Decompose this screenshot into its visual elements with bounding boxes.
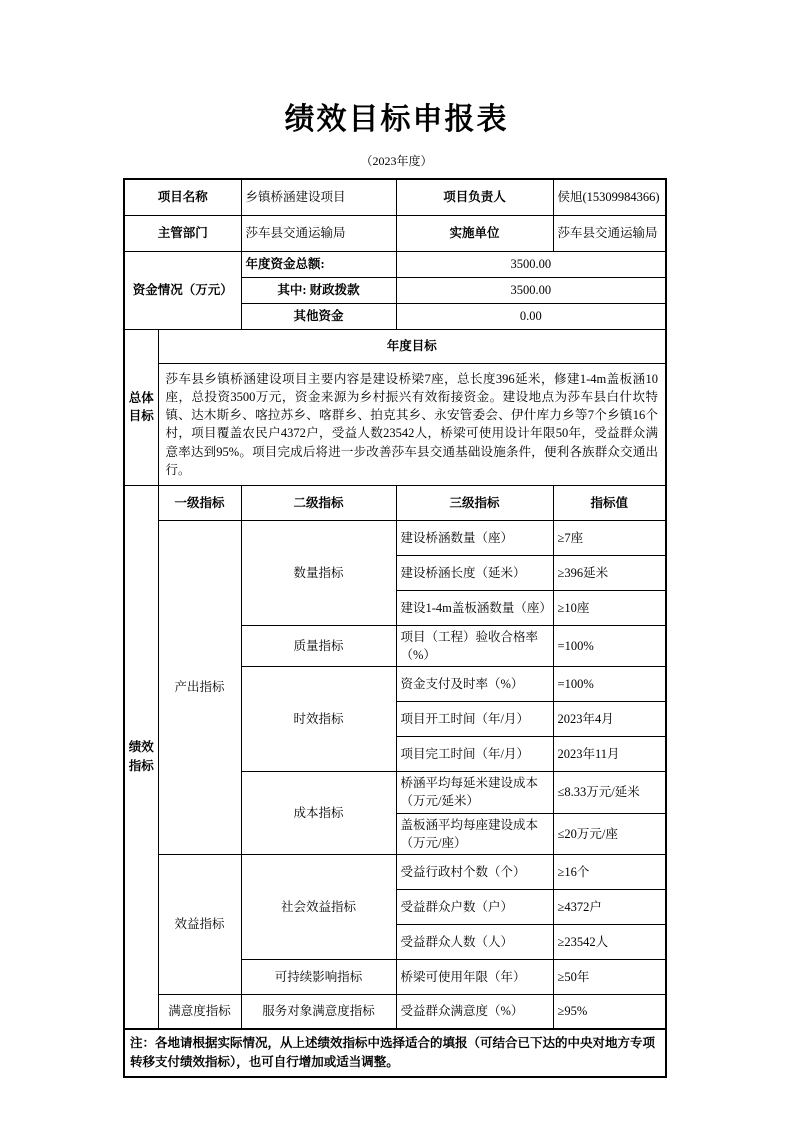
indicator-value-cell: ≥23542人 <box>553 924 666 959</box>
table-row: 资金情况（万元） 年度资金总额: 3500.00 <box>124 251 666 277</box>
indicator-value-cell: ≥4372户 <box>553 889 666 924</box>
declaration-form-table: 项目名称 乡镇桥涵建设项目 项目负责人 侯旭(15309984366) 主管部门… <box>123 178 667 1078</box>
indicator-name-cell: 受益群众满意度（%） <box>396 994 553 1029</box>
indicator-level2-quality: 质量指标 <box>241 626 396 667</box>
indicator-value-cell: =100% <box>553 626 666 667</box>
funding-other-label: 其他资金 <box>241 303 396 329</box>
indicator-value-cell: ≥10座 <box>553 591 666 626</box>
funding-total-value: 3500.00 <box>396 251 666 277</box>
indicator-header-value: 指标值 <box>553 486 666 521</box>
indicator-name-cell: 资金支付及时率（%） <box>396 667 553 702</box>
performance-indicators-section-label: 绩效指标 <box>124 486 158 1030</box>
document-page: 绩效目标申报表 （2023年度） 项目名称 乡镇桥涵建设项目 项目负责人 侯旭(… <box>0 0 793 1122</box>
page-subtitle: （2023年度） <box>0 154 793 168</box>
indicator-header-level1: 一级指标 <box>158 486 241 521</box>
indicator-row: 产出指标 数量指标 建设桥涵数量（座） ≥7座 <box>124 521 666 556</box>
table-row: 主管部门 莎车县交通运输局 实施单位 莎车县交通运输局 <box>124 215 666 251</box>
project-leader-value: 侯旭(15309984366) <box>553 179 666 215</box>
indicator-name-cell: 建设桥涵数量（座） <box>396 521 553 556</box>
indicator-name-cell: 盖板涵平均每座建设成本（万元/座） <box>396 813 553 854</box>
document-header: 绩效目标申报表 （2023年度） <box>0 0 793 168</box>
indicator-value-cell: ≤20万元/座 <box>553 813 666 854</box>
funding-section-label: 资金情况（万元） <box>124 251 241 329</box>
indicator-level2-service-satisfaction: 服务对象满意度指标 <box>241 994 396 1029</box>
annual-goal-header: 年度目标 <box>158 329 666 363</box>
indicator-level2-sustainability: 可持续影响指标 <box>241 959 396 994</box>
indicator-value-cell: ≥7座 <box>553 521 666 556</box>
table-row: 注：各地请根据实际情况，从上述绩效指标中选择适合的填报（可结合已下达的中央对地方… <box>124 1029 666 1077</box>
indicator-name-cell: 项目开工时间（年/月） <box>396 702 553 737</box>
indicator-name-cell: 项目完工时间（年/月） <box>396 737 553 772</box>
indicator-value-cell: ≥95% <box>553 994 666 1029</box>
funding-other-value: 0.00 <box>396 303 666 329</box>
table-row: 总体目标 年度目标 <box>124 329 666 363</box>
indicator-header-level2: 二级指标 <box>241 486 396 521</box>
indicator-level2-cost: 成本指标 <box>241 772 396 855</box>
annual-goal-text: 莎车县乡镇桥涵建设项目主要内容是建设桥梁7座，总长度396延米，修建1-4m盖板… <box>158 363 666 486</box>
project-leader-label: 项目负责人 <box>396 179 553 215</box>
project-name-value: 乡镇桥涵建设项目 <box>241 179 396 215</box>
indicator-value-cell: ≥396延米 <box>553 556 666 591</box>
indicator-level2-timeliness: 时效指标 <box>241 667 396 772</box>
indicator-name-cell: 建设桥涵长度（延米） <box>396 556 553 591</box>
indicator-level2-social-benefit: 社会效益指标 <box>241 854 396 959</box>
indicator-name-cell: 受益群众户数（户） <box>396 889 553 924</box>
indicator-level2-quantity: 数量指标 <box>241 521 396 626</box>
department-label: 主管部门 <box>124 215 241 251</box>
note-text: 注：各地请根据实际情况，从上述绩效指标中选择适合的填报（可结合已下达的中央对地方… <box>124 1029 666 1077</box>
funding-fiscal-label: 其中: 财政拨款 <box>241 277 396 303</box>
implement-unit-value: 莎车县交通运输局 <box>553 215 666 251</box>
funding-total-label: 年度资金总额: <box>241 251 396 277</box>
indicator-value-cell: =100% <box>553 667 666 702</box>
indicator-name-cell: 桥梁可使用年限（年） <box>396 959 553 994</box>
indicator-name-cell: 受益行政村个数（个） <box>396 854 553 889</box>
indicator-row: 效益指标 社会效益指标 受益行政村个数（个） ≥16个 <box>124 854 666 889</box>
project-name-label: 项目名称 <box>124 179 241 215</box>
indicator-name-cell: 项目（工程）验收合格率（%） <box>396 626 553 667</box>
indicator-row: 满意度指标 服务对象满意度指标 受益群众满意度（%） ≥95% <box>124 994 666 1029</box>
indicator-value-cell: ≥50年 <box>553 959 666 994</box>
indicator-name-cell: 受益群众人数（人） <box>396 924 553 959</box>
overall-goal-section-label: 总体目标 <box>124 329 158 486</box>
indicator-level1-benefit: 效益指标 <box>158 854 241 994</box>
department-value: 莎车县交通运输局 <box>241 215 396 251</box>
funding-fiscal-value: 3500.00 <box>396 277 666 303</box>
implement-unit-label: 实施单位 <box>396 215 553 251</box>
indicator-level1-satisfaction: 满意度指标 <box>158 994 241 1029</box>
page-title: 绩效目标申报表 <box>0 102 793 138</box>
table-row: 绩效指标 一级指标 二级指标 三级指标 指标值 <box>124 486 666 521</box>
indicator-name-cell: 建设1-4m盖板涵数量（座） <box>396 591 553 626</box>
indicator-name-cell: 桥涵平均每延米建设成本（万元/延米） <box>396 772 553 813</box>
table-row: 莎车县乡镇桥涵建设项目主要内容是建设桥梁7座，总长度396延米，修建1-4m盖板… <box>124 363 666 486</box>
indicator-value-cell: ≤8.33万元/延米 <box>553 772 666 813</box>
indicator-value-cell: ≥16个 <box>553 854 666 889</box>
indicator-header-level3: 三级指标 <box>396 486 553 521</box>
indicator-value-cell: 2023年11月 <box>553 737 666 772</box>
indicator-value-cell: 2023年4月 <box>553 702 666 737</box>
table-row: 项目名称 乡镇桥涵建设项目 项目负责人 侯旭(15309984366) <box>124 179 666 215</box>
indicator-level1-output: 产出指标 <box>158 521 241 855</box>
